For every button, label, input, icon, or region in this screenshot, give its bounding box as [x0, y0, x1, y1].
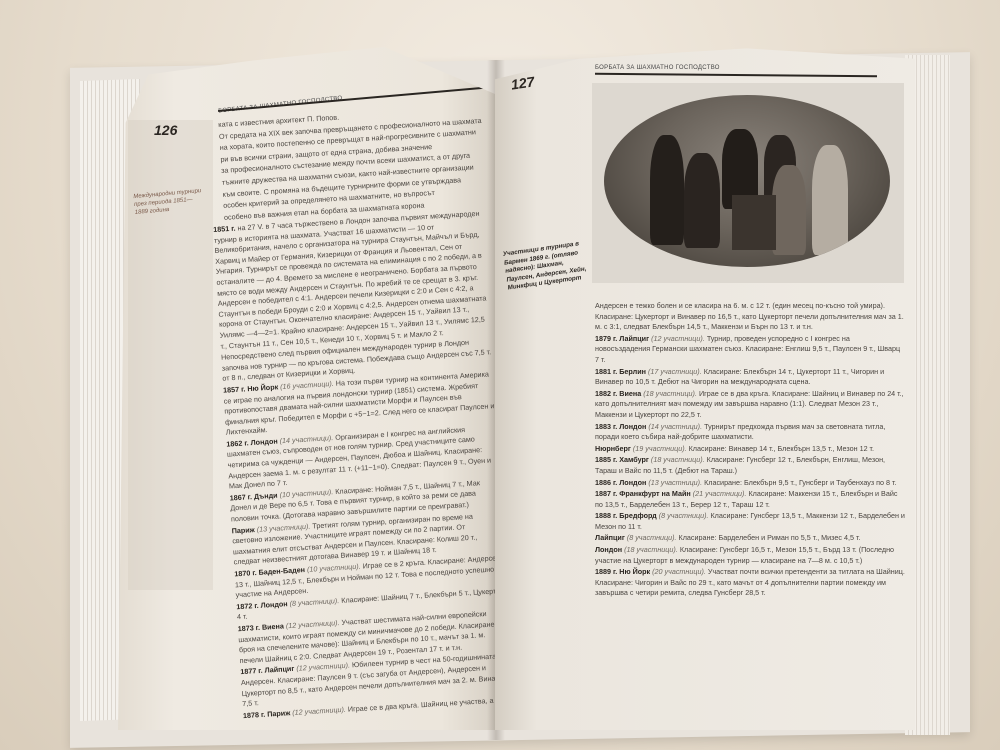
right-page: 127 Борбата за шахматно господство Участ…	[495, 45, 915, 730]
group-photo	[592, 83, 904, 283]
page-number: 127	[510, 73, 535, 92]
entry: 1885 г. Хамбург (18 участници). Класиран…	[595, 455, 905, 476]
player-figure	[650, 135, 684, 245]
entry: 1879 г. Лайпциг (12 участници). Турнир, …	[595, 334, 905, 366]
tournament-list-left: 1851 г. на 27 V. в 7 часа тържествено в …	[213, 208, 498, 722]
entry: 1881 г. Берлин (17 участници). Класиране…	[595, 367, 905, 388]
entry: Лондон (18 участници). Класиране: Гунсбе…	[595, 545, 905, 566]
player-figure	[684, 153, 720, 248]
tournament-list-right: Андерсен е тежко болен и се класира на 6…	[595, 301, 905, 600]
player-figure	[772, 165, 806, 255]
intro-text: ката с известния архитект П. Попов. От с…	[218, 103, 498, 224]
entry: Нюрнберг (19 участници). Класиране: Вина…	[595, 444, 905, 455]
entry: 1851 г. на 27 V. в 7 часа тържествено в …	[213, 208, 492, 351]
header-rule	[595, 73, 877, 77]
entry: 1888 г. Бредфорд (8 участници). Класиран…	[595, 511, 905, 532]
entry: 1889 г. Ню Йорк (20 участници). Участват…	[595, 567, 905, 599]
entry: 1882 г. Виена (18 участници). Играе се в…	[595, 389, 905, 421]
running-head: Борбата за шахматно господство	[595, 65, 720, 71]
entry: Лайпциг (8 участници). Класиране: Бардел…	[595, 533, 905, 544]
left-page: 126 Борбата за шахматно господство Между…	[118, 40, 498, 730]
page-number: 126	[154, 122, 177, 138]
entry: Андерсен е тежко болен и се класира на 6…	[595, 301, 905, 333]
entry: 1883 г. Лондон (14 участници). Турнирът …	[595, 422, 905, 443]
chess-table	[732, 195, 776, 250]
entry: 1887 г. Франкфурт на Майн (21 участници)…	[595, 489, 905, 510]
entry: 1886 г. Лондон (13 участници). Класиране…	[595, 478, 905, 489]
photo-caption: Участници в турнира в Бармен 1869 г. (от…	[502, 240, 589, 293]
player-figure	[812, 145, 848, 255]
photo-oval-vignette	[604, 95, 890, 267]
